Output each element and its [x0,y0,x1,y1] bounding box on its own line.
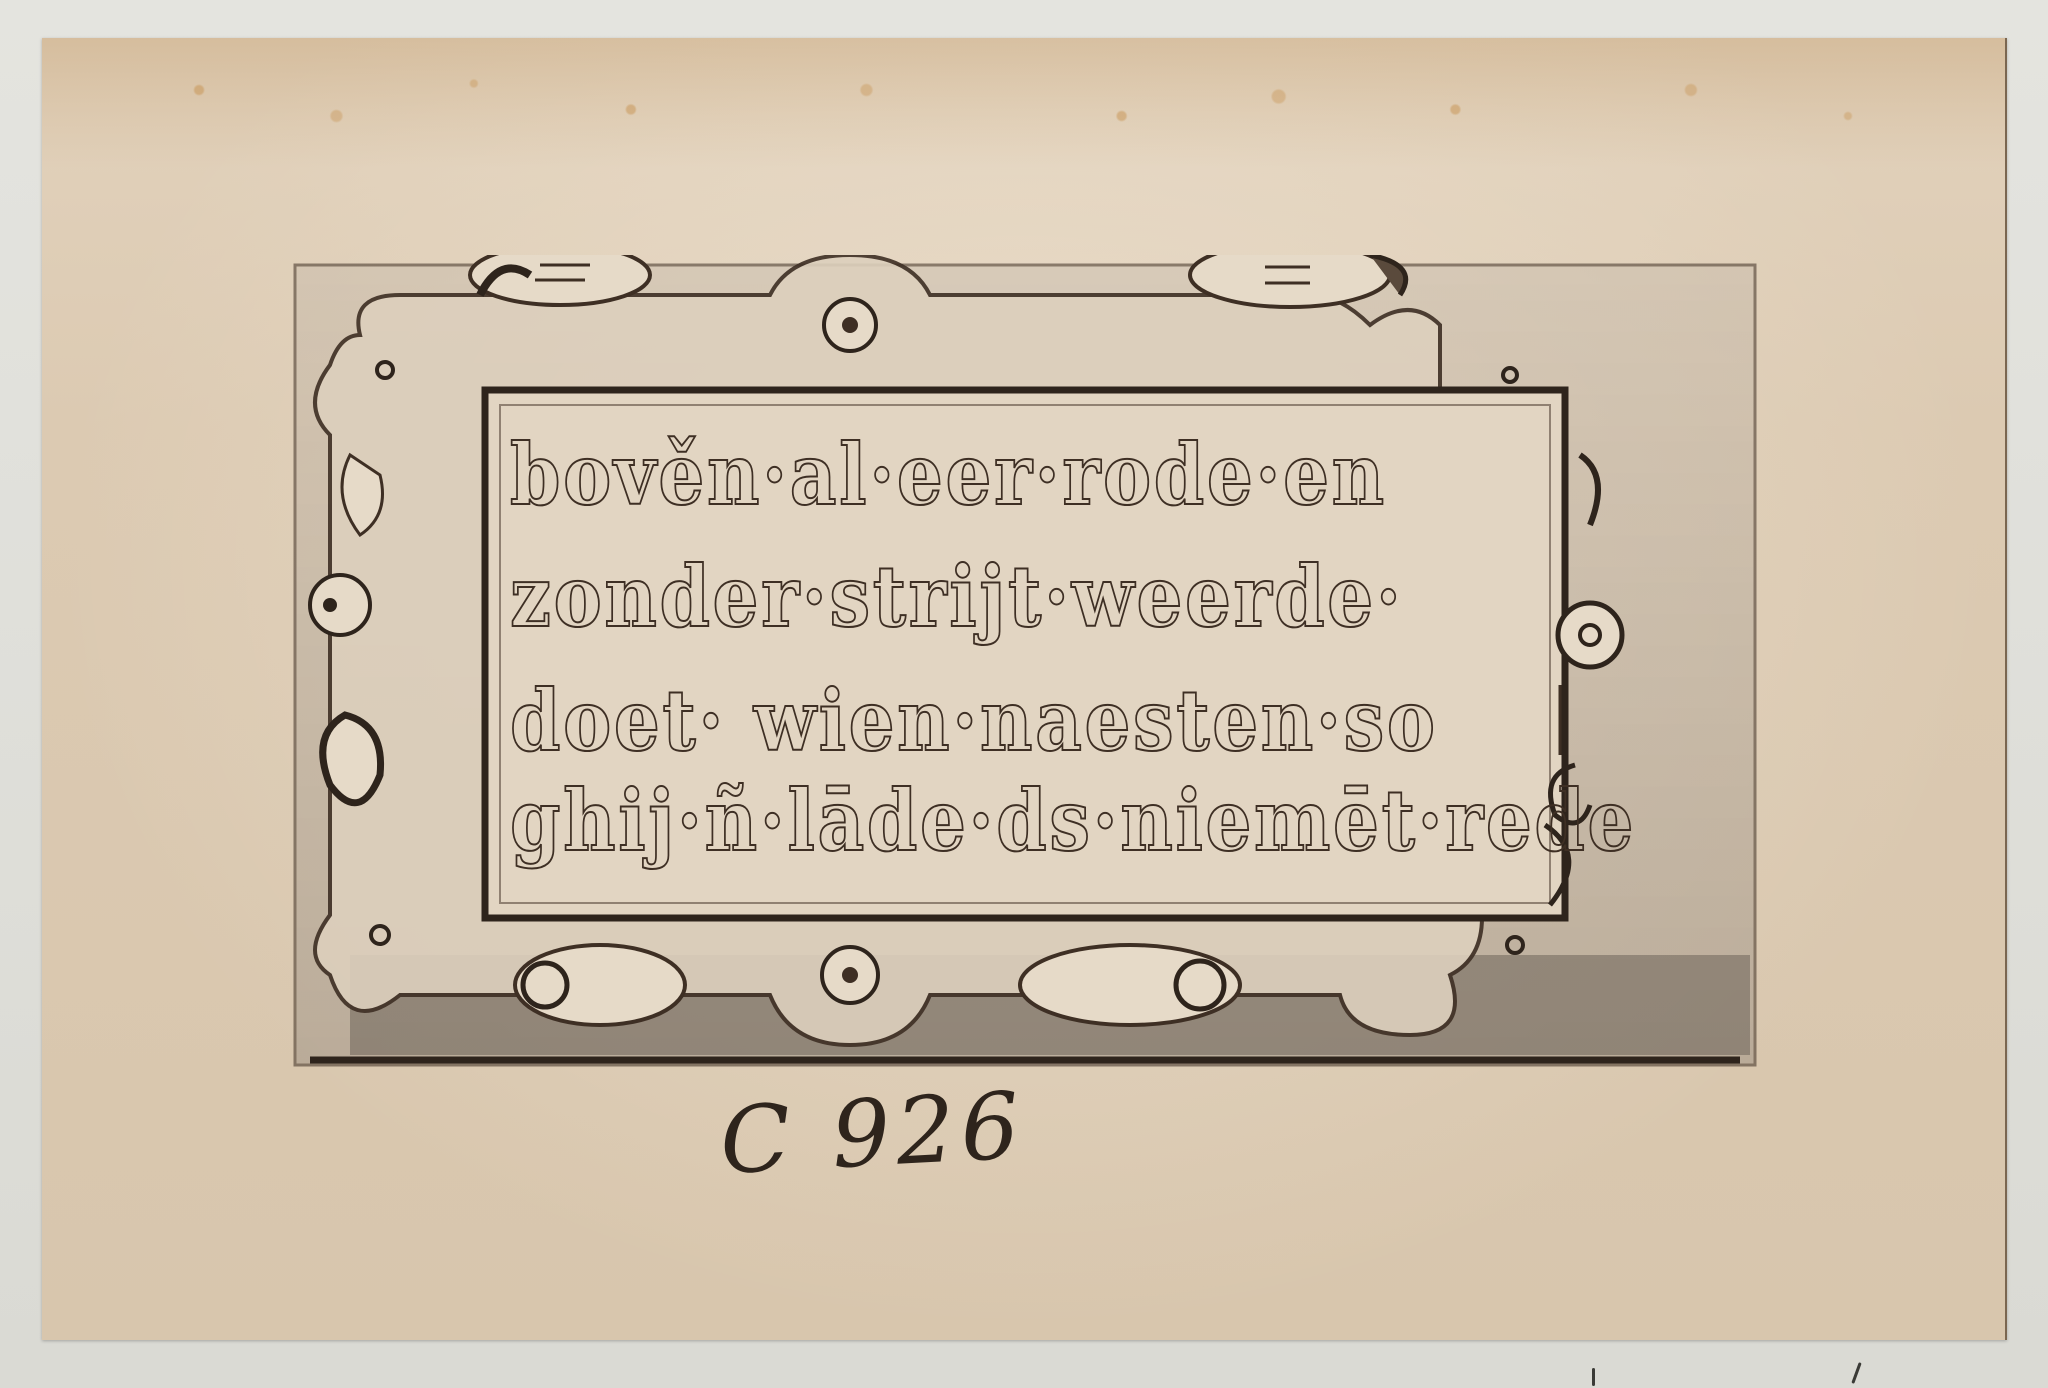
inscription-line-1: bověn·al·eer·rode·en [510,433,1387,517]
inscription-line-2: zonder·strijt·weerde· [510,555,1404,639]
inscription-tablet: bověn·al·eer·rode·en zonder·strijt·weerd… [488,393,1563,915]
inscription-line-3: doet· wien·naesten·so [510,679,1438,763]
inscription-line-4: ghij·ñ·lāde·ds·niemēt·rede [510,779,1636,863]
stray-pencil-mark [1592,1368,1595,1386]
foxing-stains [42,38,2005,168]
catalogue-annotation: C 926 [717,1072,1027,1195]
cartouche-drawing: bověn·al·eer·rode·en zonder·strijt·weerd… [290,255,1760,1075]
